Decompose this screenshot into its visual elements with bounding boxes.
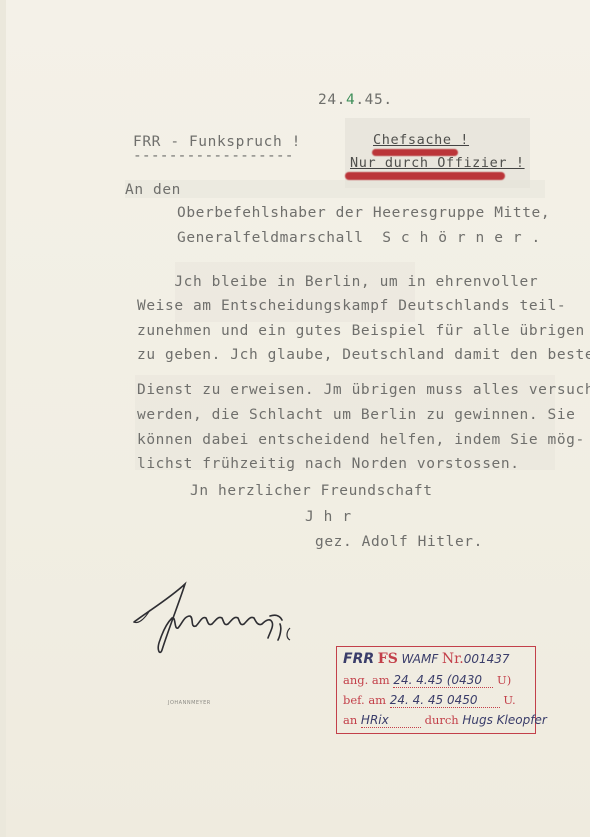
title-underline: ------------------ — [133, 148, 294, 164]
date-month-handwritten: 4 — [346, 92, 355, 108]
stamp-hand-prefix: FRR — [343, 651, 374, 667]
classification-chefsache: Chefsache ! — [373, 132, 469, 148]
page-edge — [0, 0, 6, 837]
addressee-title: Oberbefehlshaber der Heeresgruppe Mitte, — [177, 205, 550, 221]
body-line: Weise am Entscheidungskampf Deutschlands… — [137, 298, 566, 314]
stamp-to-value: HRix — [361, 713, 421, 728]
stamp-received-value: 24. 4.45 (0430 — [393, 673, 493, 688]
stamp-department: WAMF — [402, 652, 439, 666]
body-line: zunehmen und ein gutes Beispiel für alle… — [137, 323, 585, 339]
document-date: 24.4.45. — [318, 92, 393, 108]
name-stamp: JOHANNMEYER — [168, 700, 211, 706]
stamp-type-label: FS — [378, 651, 398, 667]
body-line: Dienst zu erweisen. Jm übrigen muss alle… — [137, 382, 590, 398]
stamp-forwarded-value: 24. 4. 45 0450 — [390, 693, 500, 708]
body-line: werden, die Schlacht um Berlin zu gewinn… — [137, 407, 576, 423]
classification-officer-only: Nur durch Offizier ! — [350, 155, 525, 171]
stamp-forwarded-label: bef. am — [343, 693, 386, 707]
salutation: An den — [125, 182, 181, 198]
body-line: Jch bleibe in Berlin, um in ehrenvoller — [137, 274, 538, 290]
closing-line: Jn herzlicher Freundschaft — [190, 483, 433, 499]
shade-band — [125, 180, 545, 198]
stamp-to-label: an — [343, 713, 357, 727]
stamp-nr-value: 001437 — [464, 652, 510, 666]
body-line: zu geben. Jch glaube, Deutschland damit … — [137, 347, 590, 363]
handwritten-signature-icon — [130, 580, 350, 660]
receipt-stamp: FRR FS WAMF Nr.001437 ang. am 24. 4.45 (… — [336, 646, 536, 734]
addressee-name: Generalfeldmarschall S c h ö r n e r . — [177, 230, 541, 246]
stamp-forwarded-suffix: U. — [503, 693, 515, 707]
signed-name: gez. Adolf Hitler. — [315, 534, 483, 550]
body-line: können dabei entscheidend helfen, indem … — [137, 432, 585, 448]
red-pencil-underline — [345, 172, 505, 180]
stamp-nr-label: Nr. — [442, 651, 464, 667]
stamp-by-value: Hugs Kleopfer — [462, 713, 546, 727]
stamp-by-label: durch — [425, 713, 459, 727]
closing-ihr: J h r — [305, 509, 352, 525]
stamp-received-suffix: U) — [497, 673, 511, 687]
body-line: lichst frühzeitig nach Norden vorstossen… — [137, 456, 520, 472]
stamp-received-label: ang. am — [343, 673, 390, 687]
